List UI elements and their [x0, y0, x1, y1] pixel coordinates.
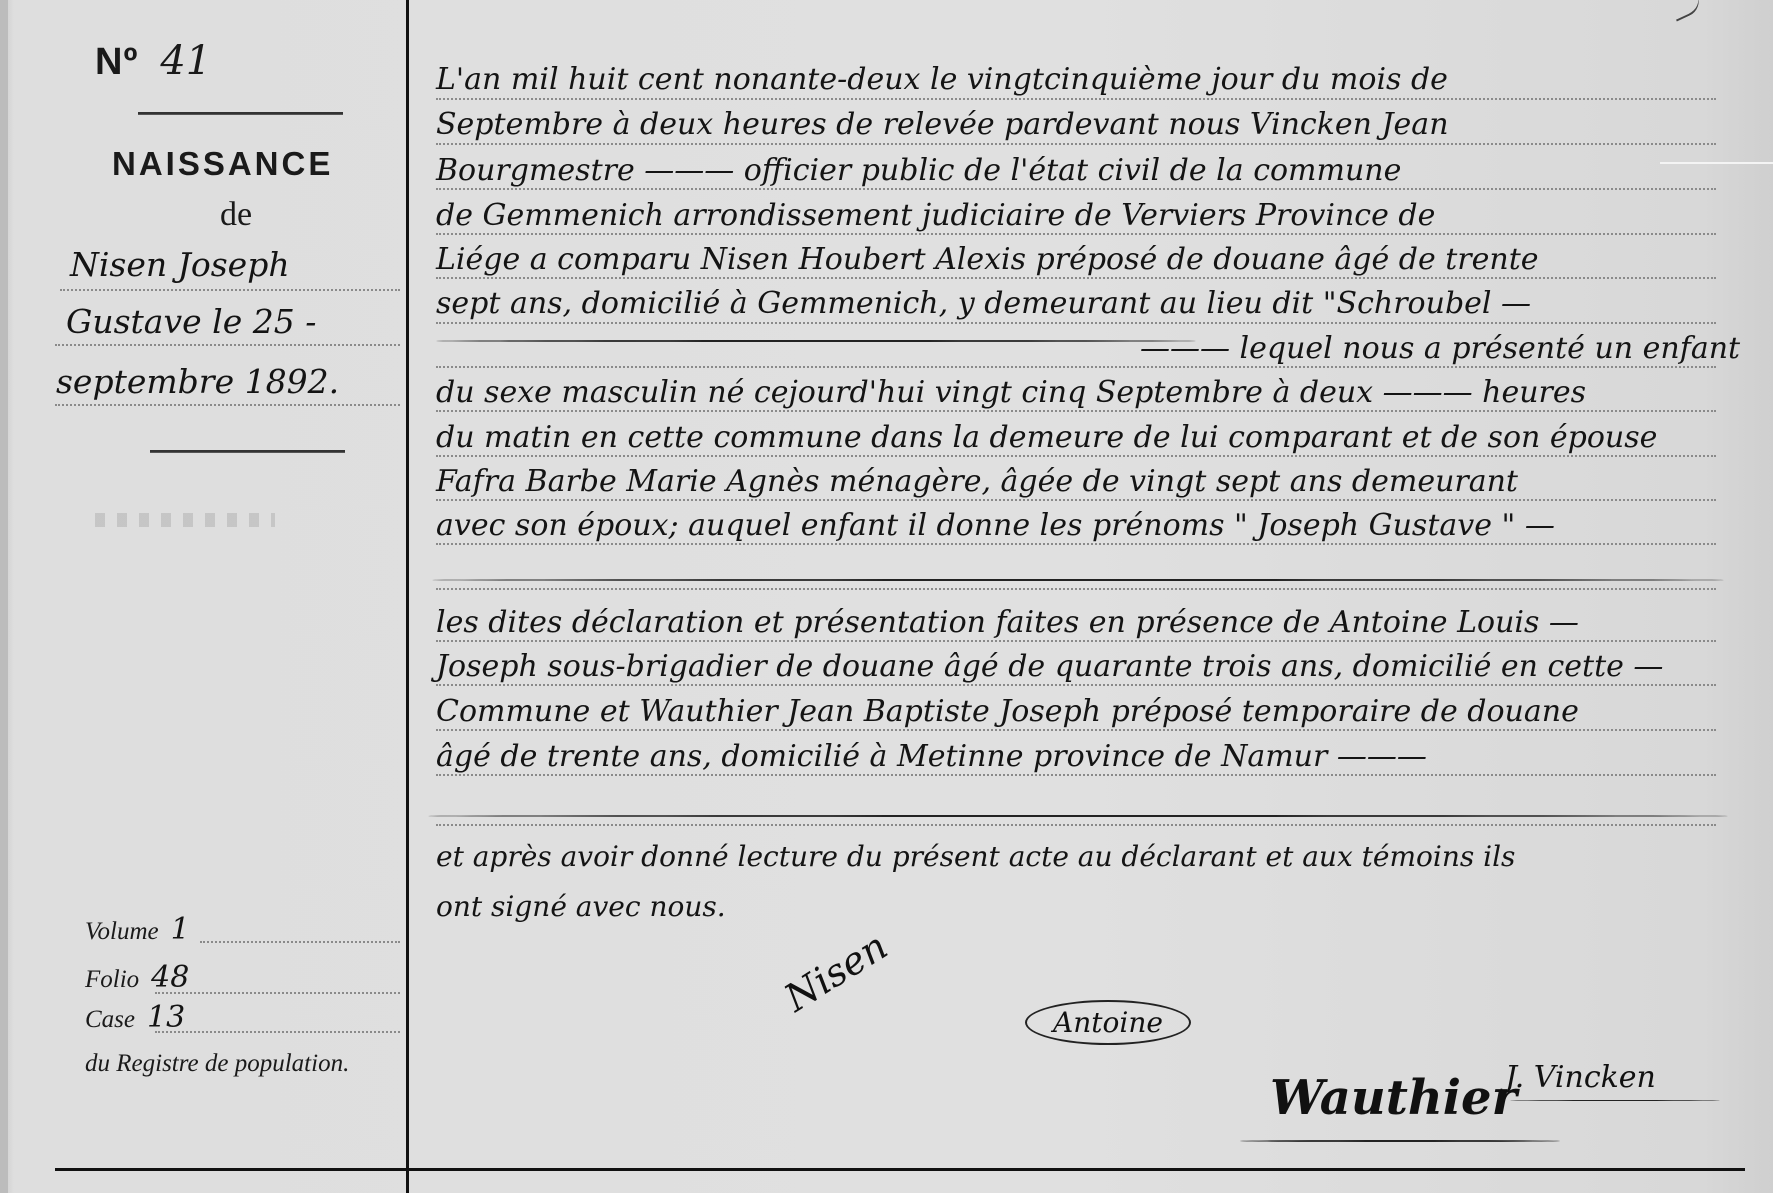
- dotted-line: [436, 499, 1716, 501]
- act-line: du sexe masculin né cejourd'hui vingt ci…: [436, 375, 1586, 410]
- heading-de: de: [220, 196, 252, 234]
- signature-wauthier: Wauthier: [1270, 1070, 1517, 1126]
- dotted-line: [436, 366, 1716, 368]
- act-line: âgé de trente ans, domicilié à Metinne p…: [436, 739, 1427, 774]
- act-line: les dites déclaration et présentation fa…: [436, 605, 1579, 640]
- act-line: avec son époux; auquel enfant il donne l…: [436, 508, 1555, 543]
- dotted-line: [436, 188, 1716, 190]
- act-line: Septembre à deux heures de relevée parde…: [436, 107, 1449, 142]
- dotted-line: [436, 98, 1716, 100]
- act-line: de Gemmenich arrondissement judiciaire d…: [436, 198, 1435, 233]
- number-label: Nº: [95, 41, 138, 83]
- paragraph-closing-stroke: [432, 579, 1724, 581]
- signature-flourish: [1240, 1140, 1560, 1142]
- act-line: Liége a comparu Nisen Houbert Alexis pré…: [436, 242, 1539, 277]
- dotted-line: [436, 588, 1716, 590]
- dotted-line: [155, 1031, 400, 1033]
- bottom-rule: [55, 1168, 1745, 1171]
- act-line: Fafra Barbe Marie Agnès ménagère, âgée d…: [436, 464, 1518, 499]
- paragraph-closing-stroke: [428, 815, 1728, 817]
- signature-nisen: Nisen: [777, 924, 895, 1021]
- dotted-line: [436, 322, 1716, 324]
- signature-vincken: J. Vincken: [1505, 1060, 1656, 1095]
- dotted-line: [55, 404, 400, 406]
- dotted-line: [436, 543, 1716, 545]
- subject-name-line-1: Nisen Joseph: [70, 245, 290, 284]
- act-line: Joseph sous-brigadier de douane âgé de q…: [436, 649, 1663, 684]
- act-line: ——— lequel nous a présenté un enfant: [1140, 331, 1740, 366]
- volume-value: 1: [171, 912, 190, 947]
- act-line: sept ans, domicilié à Gemmenich, y demeu…: [436, 286, 1531, 321]
- rule-under-number: [138, 112, 343, 115]
- dotted-line: [436, 824, 1716, 826]
- folio-label: Folio: [85, 966, 139, 993]
- dotted-line: [200, 941, 400, 943]
- case-value: 13: [147, 1000, 185, 1035]
- paper-crease: [1660, 162, 1773, 164]
- register-volume: Volume1: [85, 912, 190, 947]
- corner-pen-mark: [1670, 0, 1704, 22]
- dotted-line: [55, 344, 400, 346]
- dotted-line: [436, 455, 1716, 457]
- signature-flourish: [1510, 1100, 1720, 1101]
- dotted-line: [60, 289, 400, 291]
- act-line: ont signé avec nous.: [436, 890, 726, 923]
- number-value: 41: [160, 38, 211, 84]
- act-line: du matin en cette commune dans la demeur…: [436, 420, 1657, 455]
- act-number: Nº41: [95, 38, 211, 84]
- dotted-line: [436, 233, 1716, 235]
- register-folio: Folio48: [85, 960, 189, 995]
- dotted-line: [436, 143, 1716, 145]
- dotted-line: [436, 684, 1716, 686]
- dotted-line: [436, 774, 1716, 776]
- dotted-line: [436, 410, 1716, 412]
- folio-value: 48: [151, 960, 189, 995]
- dotted-line: [436, 640, 1716, 642]
- act-line: Bourgmestre ——— officier public de l'éta…: [436, 153, 1401, 188]
- subject-name-line-2: Gustave le 25 -: [66, 302, 316, 341]
- case-label: Case: [85, 1006, 135, 1033]
- rule-under-subject: [150, 450, 345, 453]
- subject-name-line-3: septembre 1892.: [56, 362, 339, 401]
- signature-antoine: Antoine: [1025, 1000, 1191, 1045]
- heading-naissance: NAISSANCE: [112, 145, 333, 183]
- column-divider: [406, 0, 409, 1193]
- faint-stamp-mark: [95, 513, 275, 527]
- act-line: Commune et Wauthier Jean Baptiste Joseph…: [436, 694, 1579, 729]
- dotted-line: [155, 992, 400, 994]
- register-case: Case13: [85, 1000, 185, 1035]
- dotted-line: [436, 277, 1716, 279]
- register-footer: du Registre de population.: [85, 1050, 349, 1078]
- act-line: L'an mil huit cent nonante-deux le vingt…: [436, 62, 1448, 97]
- act-line: et après avoir donné lecture du présent …: [436, 840, 1515, 873]
- page-edge: [0, 0, 8, 1193]
- filler-stroke: [436, 340, 1196, 342]
- dotted-line: [436, 729, 1716, 731]
- volume-label: Volume: [85, 918, 159, 945]
- certificate-page: Nº41 NAISSANCE de Nisen Joseph Gustave l…: [0, 0, 1773, 1193]
